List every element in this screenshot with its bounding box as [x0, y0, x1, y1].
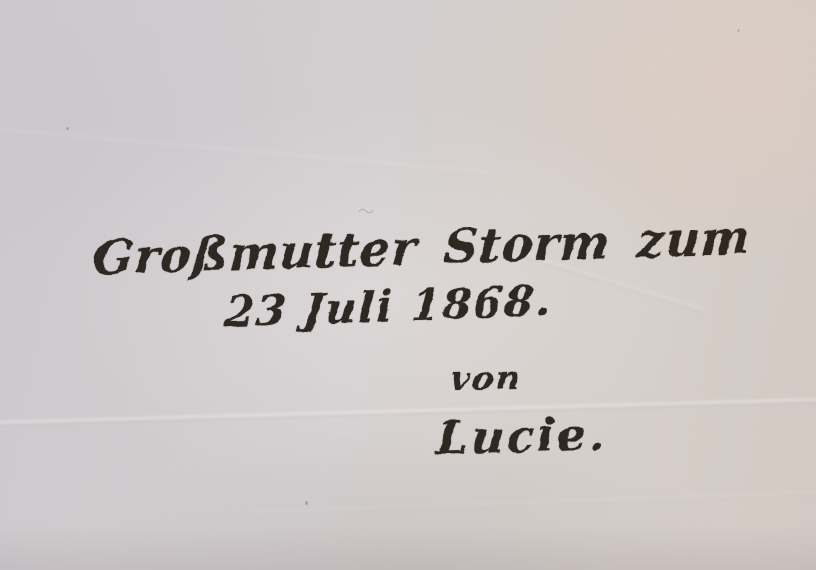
inscription-line-date: 23 Juli 1868. — [222, 275, 553, 336]
inscription-line-signature: Lucie. — [434, 407, 609, 465]
inscription-line-from: von — [448, 357, 523, 397]
inscription-line-dedication: Großmutter Storm zum — [90, 210, 752, 286]
photograph-of-handwritten-inscription: Großmutter Storm zum 23 Juli 1868. von L… — [0, 0, 816, 570]
handwritten-inscription: Großmutter Storm zum 23 Juli 1868. von L… — [0, 0, 816, 570]
